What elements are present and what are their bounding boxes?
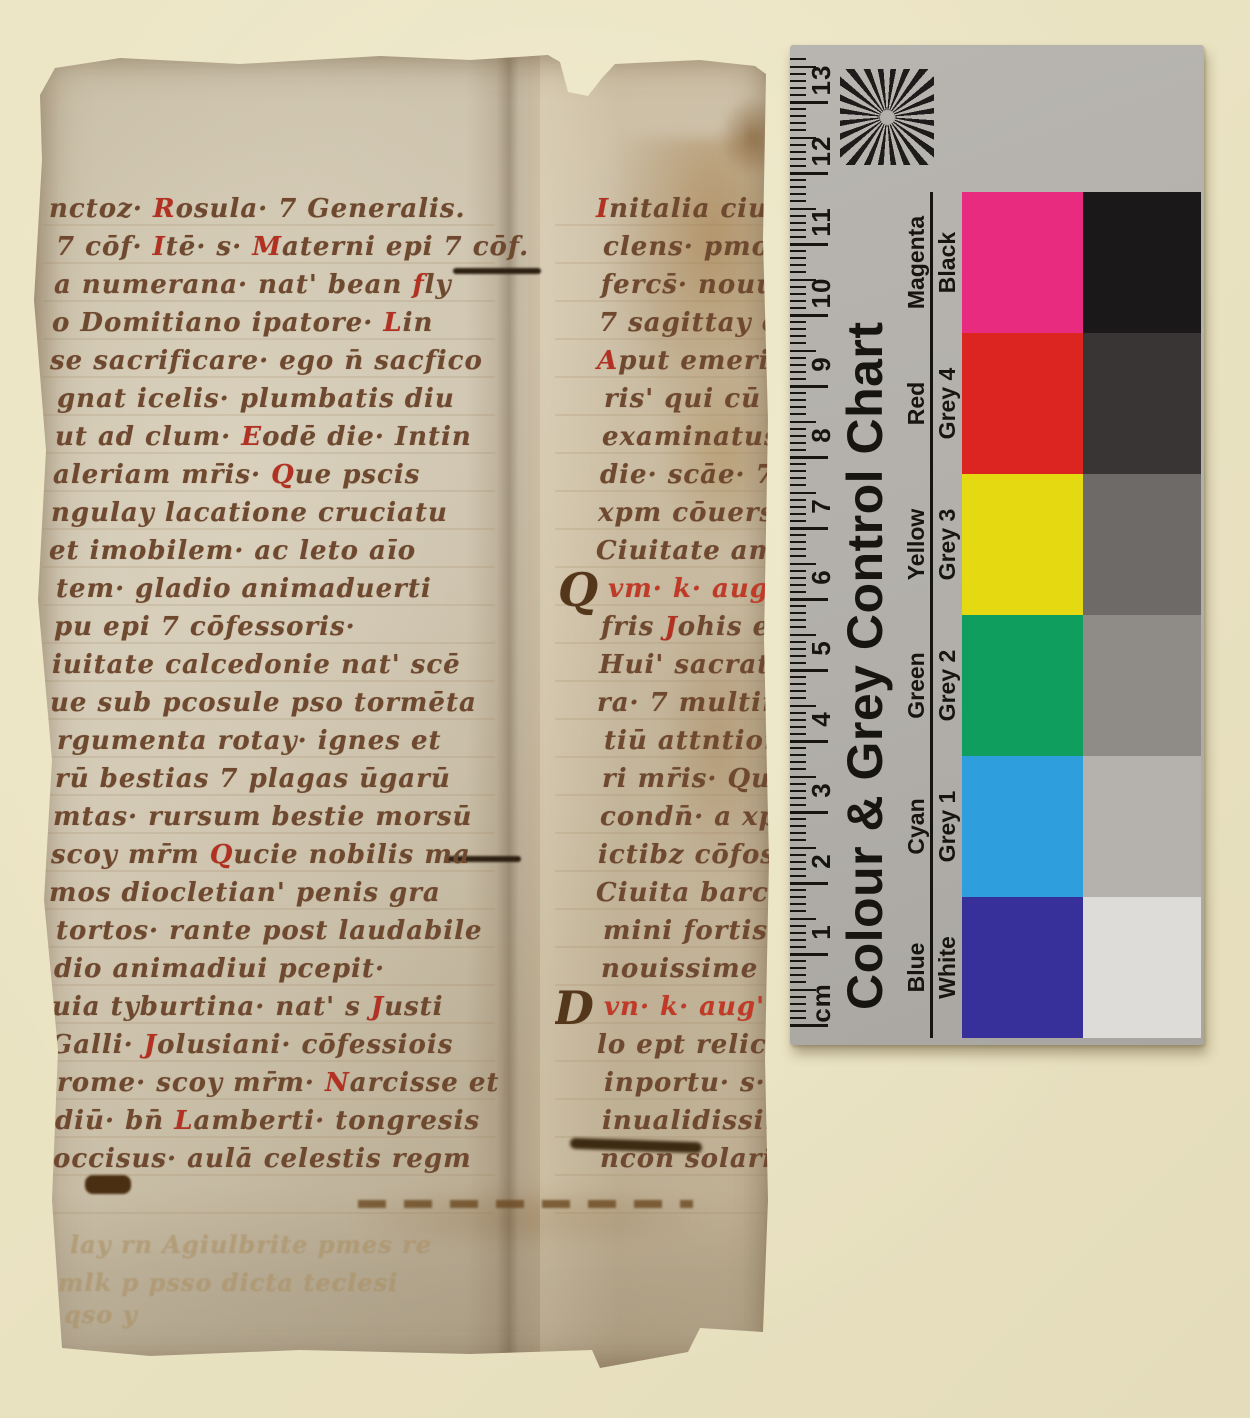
ruler-number: 12 bbox=[806, 121, 837, 181]
ruler-tick bbox=[790, 577, 806, 579]
ruler-tick bbox=[790, 165, 806, 167]
manuscript-line: diū· bn̄ Lamberti· tongresis bbox=[55, 1102, 480, 1140]
manuscript-line: rgumenta rotay· ignes et bbox=[57, 722, 442, 760]
ruler-tick bbox=[790, 932, 806, 934]
manuscript-text: a numerana· nat' bean bbox=[54, 270, 412, 300]
manuscript-line: die· scāe· 7 id bbox=[555, 456, 801, 494]
ruler-tick bbox=[790, 371, 806, 373]
manuscript-line: 7 sagittay cor bbox=[555, 304, 801, 342]
ruler-tick bbox=[790, 974, 806, 976]
manuscript-line: mini fortissi bbox=[558, 912, 794, 950]
ruler-tick bbox=[790, 690, 806, 692]
ruler-tick bbox=[790, 662, 806, 664]
manuscript-line: Hui' sacratiss bbox=[555, 646, 801, 684]
ruler-tick bbox=[790, 619, 806, 621]
ruler-tick bbox=[790, 768, 806, 770]
manuscript-line: aleriam mr̄is· Que pscis bbox=[53, 456, 420, 494]
ruler-tick bbox=[790, 286, 806, 288]
ruler-tick bbox=[790, 790, 806, 792]
manuscript-text: Ciuita barci bbox=[596, 878, 780, 908]
manuscript-line: mtas· rursum bestie morsū bbox=[53, 798, 472, 836]
ruler-tick bbox=[790, 463, 806, 465]
manuscript-text: A bbox=[597, 346, 618, 376]
manuscript-text: inualidissimi bbox=[602, 1106, 801, 1136]
ruler-tick bbox=[790, 357, 806, 359]
manuscript-text: ris' qui cū di bbox=[604, 384, 801, 414]
ruler-tick bbox=[790, 392, 806, 394]
manuscript-text: J bbox=[371, 992, 384, 1022]
chart-title: Colour & Grey Control Chart bbox=[832, 250, 898, 1010]
label-cyan: Cyan bbox=[904, 756, 929, 897]
manuscript-line: tortos· rante post laudabile bbox=[56, 912, 483, 950]
manuscript-text: 7 sagittay cor bbox=[599, 308, 801, 338]
manuscript-right-column: Initalia ciuuclens· pmo sifercs̄· nouuis… bbox=[555, 190, 801, 1220]
ruler-tick bbox=[790, 179, 806, 181]
ruler-tick bbox=[790, 761, 806, 763]
manuscript-line: ue sub pcosule pso tormēta bbox=[50, 684, 477, 722]
ruler-tick bbox=[790, 271, 806, 273]
ruler-tick bbox=[790, 570, 806, 572]
ruler-tick bbox=[790, 626, 806, 628]
manuscript-text: se sacrificare· ego n̄ sacfico bbox=[50, 346, 483, 376]
ruler-tick bbox=[790, 58, 806, 60]
ruler-tick bbox=[790, 868, 806, 870]
manuscript-text: Q bbox=[210, 840, 234, 870]
label-grey-4: Grey 4 bbox=[935, 333, 960, 474]
manuscript-text: ohis ewa bbox=[678, 612, 801, 642]
ruler-tick bbox=[790, 534, 806, 536]
ruler-tick bbox=[790, 1003, 806, 1005]
ruler-tick bbox=[790, 584, 806, 586]
ruler-tick bbox=[790, 406, 806, 408]
manuscript-text: I bbox=[153, 232, 166, 262]
swatch-red bbox=[962, 333, 1083, 474]
manuscript-text: ngulay lacatione cruciatu bbox=[51, 498, 448, 528]
label-black: Black bbox=[935, 192, 960, 333]
manuscript-text: f bbox=[412, 270, 424, 300]
ruler-tick bbox=[790, 300, 806, 302]
manuscript-text: tem· gladio animaduerti bbox=[56, 574, 432, 604]
manuscript-line: tem· gladio animaduerti bbox=[56, 570, 432, 608]
manuscript-text: 7 cōf· bbox=[56, 232, 153, 262]
manuscript-line: ictibz cōfossi bbox=[555, 836, 801, 874]
ruler-tick bbox=[790, 144, 806, 146]
faded-line: lay rn Agiulbrite pmes re bbox=[70, 1226, 432, 1264]
ruler-tick bbox=[790, 335, 806, 337]
swatch-grey-2 bbox=[1083, 615, 1201, 756]
color-control-chart: cm12345678910111213 Colour & Grey Contro… bbox=[790, 45, 1204, 1045]
manuscript-text: dio animadiui pcepit· bbox=[54, 954, 385, 984]
manuscript-line: pu epi 7 cōfessoris· bbox=[54, 608, 356, 646]
manuscript-line: fercs̄· nouuissi bbox=[556, 266, 801, 304]
manuscript-line: iuitate calcedonie nat' scē bbox=[52, 646, 461, 684]
ruler-tick bbox=[790, 712, 806, 714]
manuscript-line: se sacrificare· ego n̄ sacfico bbox=[50, 342, 483, 380]
ruler-tick bbox=[790, 115, 806, 117]
manuscript-line: uia tyburtina· nat' s Justi bbox=[52, 988, 444, 1026]
manuscript-text: mos diocletian' penis gra bbox=[49, 878, 441, 908]
manuscript-line: rome· scoy mr̄m· Narcisse et bbox=[57, 1064, 499, 1102]
ruler-tick bbox=[790, 832, 806, 834]
ruler-tick bbox=[790, 264, 806, 266]
ruler-tick bbox=[790, 321, 806, 323]
ruler-tick bbox=[790, 428, 806, 430]
ruler-number: 11 bbox=[806, 192, 837, 252]
manuscript-line: ngulay lacatione cruciatu bbox=[51, 494, 448, 532]
manuscript-line: Galli· Jolusiani· cōfessiois bbox=[50, 1026, 453, 1064]
ruler-tick bbox=[790, 818, 806, 820]
swatch-magenta bbox=[962, 192, 1083, 333]
ruler-tick bbox=[790, 442, 806, 444]
manuscript-text: Q bbox=[271, 460, 295, 490]
manuscript-text: ri mr̄is· Qui bbox=[602, 764, 782, 794]
manuscript-line: rū bestias 7 plagas ūgarū bbox=[55, 760, 451, 798]
manuscript-text: tiū attntione bbox=[604, 726, 801, 756]
ruler-tick bbox=[790, 399, 806, 401]
ruler-tick bbox=[790, 1010, 806, 1012]
ruler-tick bbox=[790, 193, 806, 195]
manuscript-line: ra· 7 multim bbox=[555, 684, 790, 722]
ruler-tick bbox=[790, 87, 806, 89]
label-grey-2: Grey 2 bbox=[935, 615, 960, 756]
ruler-tick bbox=[790, 641, 806, 643]
manuscript-text: nctoz· bbox=[49, 194, 153, 224]
manuscript-line: occisus· aulā celestis regm bbox=[53, 1140, 472, 1178]
ruler-tick bbox=[790, 80, 806, 82]
ruler-tick bbox=[790, 378, 806, 380]
ruler-tick bbox=[790, 122, 806, 124]
ruler-tick bbox=[790, 129, 806, 131]
swatch-blue bbox=[962, 897, 1083, 1038]
ruler-tick bbox=[790, 889, 806, 891]
ruler-tick bbox=[790, 499, 806, 501]
ruler-tick bbox=[790, 449, 806, 451]
ruler-tick bbox=[790, 73, 806, 75]
manuscript-text: o Domitiano ipatore· bbox=[52, 308, 383, 338]
manuscript-line: clens· pmo si bbox=[558, 228, 801, 266]
ruler-tick bbox=[790, 655, 806, 657]
manuscript-text: ra· 7 multim bbox=[597, 688, 790, 718]
manuscript-line: 7 cōf· Itē· s· Materni epi 7 cōf. bbox=[56, 228, 529, 266]
manuscript-line: lo ept relictu bbox=[555, 1026, 800, 1064]
ruler-tick bbox=[790, 910, 806, 912]
label-grey-3: Grey 3 bbox=[935, 474, 960, 615]
manuscript-text: tē· s· bbox=[166, 232, 252, 262]
label-grey-1: Grey 1 bbox=[935, 756, 960, 897]
ruler-tick bbox=[790, 293, 806, 295]
ruler-tick bbox=[790, 733, 806, 735]
manuscript-text: usti bbox=[384, 992, 443, 1022]
manuscript-text: fris bbox=[601, 612, 664, 642]
ruler-tick bbox=[790, 981, 806, 983]
manuscript-text: tortos· rante post laudabile bbox=[56, 916, 483, 946]
ruler-tick bbox=[790, 250, 806, 252]
manuscript-line: gnat icelis· plumbatis diu bbox=[57, 380, 455, 418]
manuscript-line: Q vm· k· aug' bbox=[558, 570, 778, 608]
manuscript-text: lo ept relictu bbox=[597, 1030, 800, 1060]
manuscript-text: rū bestias 7 plagas ūgarū bbox=[55, 764, 451, 794]
manuscript-text: E bbox=[241, 422, 262, 452]
ruler-tick bbox=[790, 257, 806, 259]
manuscript-text: osula· 7 Generalis. bbox=[176, 194, 466, 224]
ruler-tick bbox=[790, 477, 806, 479]
rubric-text: vn· k· aug' bbox=[594, 992, 765, 1022]
manuscript-line: a numerana· nat' bean fly bbox=[54, 266, 452, 304]
manuscript-line: ri mr̄is· Qui bbox=[557, 760, 782, 798]
ruler-tick bbox=[790, 683, 806, 685]
manuscript-text: gnat icelis· plumbatis diu bbox=[57, 384, 455, 414]
manuscript-text: aleriam mr̄is· bbox=[53, 460, 271, 490]
ruler-tick bbox=[790, 925, 806, 927]
ruler-tick bbox=[790, 200, 806, 202]
manuscript-text: scoy mr̄m bbox=[51, 840, 210, 870]
ruler-tick bbox=[790, 875, 806, 877]
swatch-grey-1 bbox=[1083, 756, 1201, 897]
ruler-tick bbox=[790, 108, 806, 110]
manuscript-text: et imobilem· ac leto aīo bbox=[49, 536, 416, 566]
manuscript-line: scoy mr̄m Qucie nobilis ma bbox=[51, 836, 471, 874]
manuscript-text: uia tyburtina· nat' s bbox=[52, 992, 371, 1022]
manuscript-text: R bbox=[153, 194, 176, 224]
ruler-tick bbox=[790, 612, 806, 614]
manuscript-text: rome· scoy mr̄m· bbox=[57, 1068, 325, 1098]
manuscript-text: examinatus bbox=[602, 422, 780, 452]
label-white: White bbox=[935, 897, 960, 1038]
manuscript-line: Initalia ciuu bbox=[555, 190, 788, 228]
manuscript-text: L bbox=[174, 1106, 193, 1136]
manuscript-line: dio animadiui pcepit· bbox=[54, 950, 385, 988]
swatch-white bbox=[1083, 897, 1201, 1038]
starburst-icon bbox=[840, 69, 934, 165]
swatch-green bbox=[962, 615, 1083, 756]
ruler-tick bbox=[790, 470, 806, 472]
manuscript-line: nctoz· Rosula· 7 Generalis. bbox=[49, 190, 466, 228]
ruler-tick bbox=[790, 804, 806, 806]
ruler-tick bbox=[790, 307, 806, 309]
manuscript-left-column: nctoz· Rosula· 7 Generalis.7 cōf· Itē· s… bbox=[53, 190, 485, 1230]
ruler-number: 13 bbox=[806, 50, 837, 110]
ruler-tick bbox=[790, 328, 806, 330]
ruler-tick bbox=[790, 215, 806, 217]
manuscript-line: xpm cōuerse bbox=[555, 494, 793, 532]
ruler-tick bbox=[790, 754, 806, 756]
label-magenta: Magenta bbox=[904, 192, 929, 333]
ruler-tick bbox=[790, 960, 806, 962]
ruler-tick bbox=[790, 825, 806, 827]
ruler-tick bbox=[790, 939, 806, 941]
ruler-tick bbox=[790, 903, 806, 905]
ruler-tick bbox=[790, 697, 806, 699]
manuscript-line: mos diocletian' penis gra bbox=[49, 874, 441, 912]
rubric-text: vm· k· aug' bbox=[598, 574, 778, 604]
ruler-tick bbox=[790, 726, 806, 728]
manuscript-text: Ciuitate ami bbox=[596, 536, 788, 566]
ruler-tick bbox=[790, 967, 806, 969]
ruler-tick bbox=[790, 236, 806, 238]
ruler-tick bbox=[790, 548, 806, 550]
manuscript-fragment: nctoz· Rosula· 7 Generalis.7 cōf· Itē· s… bbox=[28, 48, 773, 1373]
swatch-black bbox=[1083, 192, 1201, 333]
ruler-tick bbox=[790, 946, 806, 948]
manuscript-text: H bbox=[776, 1068, 801, 1098]
faded-line: qso y bbox=[64, 1296, 138, 1334]
manuscript-text: nitalia ciuu bbox=[609, 194, 788, 224]
manuscript-line: ncon solari 1 bbox=[555, 1140, 801, 1178]
ruler-tick bbox=[790, 342, 806, 344]
swatch-grey-3 bbox=[1083, 474, 1201, 615]
ruler-tick bbox=[790, 229, 806, 231]
ruler-tick bbox=[790, 413, 806, 415]
manuscript-text: iuitate calcedonie nat' scē bbox=[52, 650, 461, 680]
ruler-tick bbox=[790, 513, 806, 515]
ruler-tick bbox=[790, 541, 806, 543]
manuscript-text: ut ad clum· bbox=[55, 422, 241, 452]
ruler-tick bbox=[790, 364, 806, 366]
ruler-tick bbox=[790, 484, 806, 486]
manuscript-text: in bbox=[403, 308, 434, 338]
manuscript-line: inportu· s· H bbox=[559, 1064, 801, 1102]
manuscript-text: ucie nobilis ma bbox=[233, 840, 470, 870]
manuscript-line: ris' qui cū di bbox=[559, 380, 801, 418]
manuscript-line: inualidissimi bbox=[557, 1102, 801, 1140]
ruler-tick bbox=[790, 94, 806, 96]
ruler-tick bbox=[790, 158, 806, 160]
manuscript-line: Ciuita barci bbox=[555, 874, 780, 912]
stain bbox=[718, 96, 788, 176]
manuscript-line: o Domitiano ipatore· Lin bbox=[52, 304, 433, 342]
manuscript-line: fris Johis ewa bbox=[556, 608, 801, 646]
ruler-tick bbox=[790, 861, 806, 863]
ruler-tick bbox=[790, 839, 806, 841]
ruler-tick bbox=[790, 605, 806, 607]
ruler-tick bbox=[790, 520, 806, 522]
manuscript-line: tiū attntione bbox=[559, 722, 801, 760]
manuscript-line: condn̄· a xpi bbox=[555, 798, 789, 836]
manuscript-text: diū· bn̄ bbox=[55, 1106, 174, 1136]
manuscript-text: odē die· Intin bbox=[262, 422, 472, 452]
manuscript-text: ue sub pcosule pso tormēta bbox=[50, 688, 477, 718]
label-divider bbox=[930, 192, 933, 1038]
manuscript-text: clens· pmo si bbox=[603, 232, 801, 262]
ruler-tick bbox=[790, 854, 806, 856]
manuscript-line: et imobilem· ac leto aīo bbox=[49, 532, 416, 570]
manuscript-text: mtas· rursum bestie morsū bbox=[53, 802, 472, 832]
ruler-tick bbox=[790, 676, 806, 678]
label-red: Red bbox=[904, 333, 929, 474]
ruler-tick bbox=[790, 797, 806, 799]
manuscript-text: xpm cōuerse bbox=[598, 498, 793, 528]
label-yellow: Yellow bbox=[904, 474, 929, 615]
manuscript-text: occisus· aulā celestis regm bbox=[53, 1144, 472, 1174]
swatch-yellow bbox=[962, 474, 1083, 615]
manuscript-text: I bbox=[596, 194, 609, 224]
ruler-tick bbox=[790, 186, 806, 188]
photo-background: nctoz· Rosula· 7 Generalis.7 cōf· Itē· s… bbox=[0, 0, 1250, 1418]
manuscript-text: ly bbox=[425, 270, 452, 300]
manuscript-text: put emerit bbox=[618, 346, 782, 376]
ruler-tick bbox=[790, 996, 806, 998]
manuscript-text: mini fortissi bbox=[603, 916, 794, 946]
swatch-cyan bbox=[962, 756, 1083, 897]
manuscript-line: Aput emerit bbox=[555, 342, 783, 380]
swatch-grey-4 bbox=[1083, 333, 1201, 474]
manuscript-text: ncon solari 1 bbox=[600, 1144, 801, 1174]
ruler-tick bbox=[790, 747, 806, 749]
ruler-tick bbox=[790, 648, 806, 650]
manuscript-text: N bbox=[325, 1068, 350, 1098]
manuscript-text: ictibz cōfossi bbox=[598, 840, 801, 870]
manuscript-text: fercs̄· nouuissi bbox=[601, 270, 801, 300]
manuscript-text: ue pscis bbox=[295, 460, 421, 490]
ruler-tick bbox=[790, 719, 806, 721]
manuscript-text: Hui' sacratiss bbox=[599, 650, 801, 680]
label-green: Green bbox=[904, 615, 929, 756]
manuscript-line: ut ad clum· Eodē die· Intin bbox=[55, 418, 472, 456]
manuscript-text: Galli· bbox=[50, 1030, 144, 1060]
manuscript-text: die· scāe· 7 id bbox=[600, 460, 801, 490]
manuscript-line: D vn· k· aug' bbox=[555, 988, 765, 1026]
ruler-tick bbox=[790, 222, 806, 224]
manuscript-text: inportu· s· bbox=[604, 1068, 776, 1098]
ruler-tick bbox=[790, 506, 806, 508]
manuscript-text: amberti· tongresis bbox=[193, 1106, 480, 1136]
manuscript-text: J bbox=[144, 1030, 157, 1060]
manuscript-text: nouissime a bbox=[601, 954, 786, 984]
manuscript-text: M bbox=[252, 232, 282, 262]
manuscript-line: examinatus bbox=[557, 418, 780, 456]
manuscript-text: condn̄· a xpi bbox=[600, 802, 789, 832]
ruler-tick bbox=[790, 151, 806, 153]
label-blue: Blue bbox=[904, 897, 929, 1038]
ruler-tick bbox=[790, 1017, 806, 1019]
manuscript-text: pu epi 7 cōfessoris· bbox=[54, 612, 356, 642]
manuscript-text: J bbox=[664, 612, 677, 642]
ruler-tick bbox=[790, 555, 806, 557]
ruler-tick bbox=[790, 783, 806, 785]
manuscript-text: olusiani· cōfessiois bbox=[157, 1030, 453, 1060]
manuscript-text: L bbox=[383, 308, 402, 338]
ruler-tick bbox=[790, 591, 806, 593]
manuscript-text: rgumenta rotay· ignes et bbox=[57, 726, 442, 756]
ruler-tick bbox=[790, 435, 806, 437]
manuscript-text: arcisse et bbox=[350, 1068, 500, 1098]
manuscript-text: aterni epi 7 cōf. bbox=[282, 232, 529, 262]
ruler-tick bbox=[790, 896, 806, 898]
